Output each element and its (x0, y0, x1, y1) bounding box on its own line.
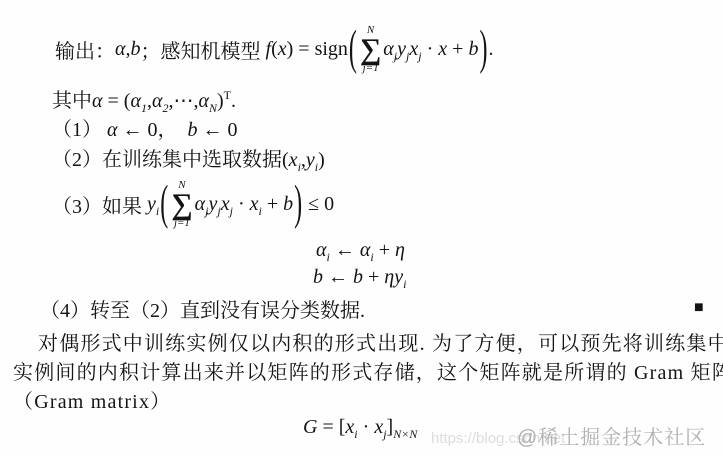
algorithm-step-4: （4）转至（2）直到没有误分类数据. (40, 299, 365, 324)
formula-update-alpha: αi ← αi + η (316, 238, 405, 263)
body-paragraph: 对偶形式中训练实例仅以内积的形式出现. 为了方便，可以预先将训练集中 实例间的内… (13, 330, 719, 417)
algorithm-step-1: （1） α ← 0， b ← 0 (52, 118, 238, 143)
watermark-handle: @稀土掘金技术社区 (517, 421, 706, 450)
algorithm-step-3: （3）如果 yi(N∑j=1αjyjxj · xi + b) ≤ 0 (52, 175, 334, 233)
paragraph-line: 对偶形式中训练实例仅以内积的形式出现. 为了方便，可以预先将训练集中 (13, 330, 719, 359)
formula-update-b: b ← b + ηyi (313, 265, 406, 290)
formula-gram-matrix: G = [xi · xj]N×N (303, 415, 417, 440)
paragraph-line: （Gram matrix） (13, 388, 719, 417)
paragraph-line: 实例间的内积计算出来并以矩阵的形式存储，这个矩阵就是所谓的 Gram 矩阵 (13, 359, 719, 388)
qed-marker: ■ (694, 300, 704, 316)
formula-alpha-definition: 其中α = (α1,α2,⋯,αN)T. (52, 89, 236, 114)
algorithm-step-2: （2）在训练集中选取数据(xi,yi) (52, 148, 325, 173)
formula-output-line: 输出：α,b；感知机模型 f(x) = sign(N∑j=1αjyjxj · x… (55, 20, 493, 78)
scanned-textbook-page: 输出：α,b；感知机模型 f(x) = sign(N∑j=1αjyjxj · x… (0, 0, 723, 457)
